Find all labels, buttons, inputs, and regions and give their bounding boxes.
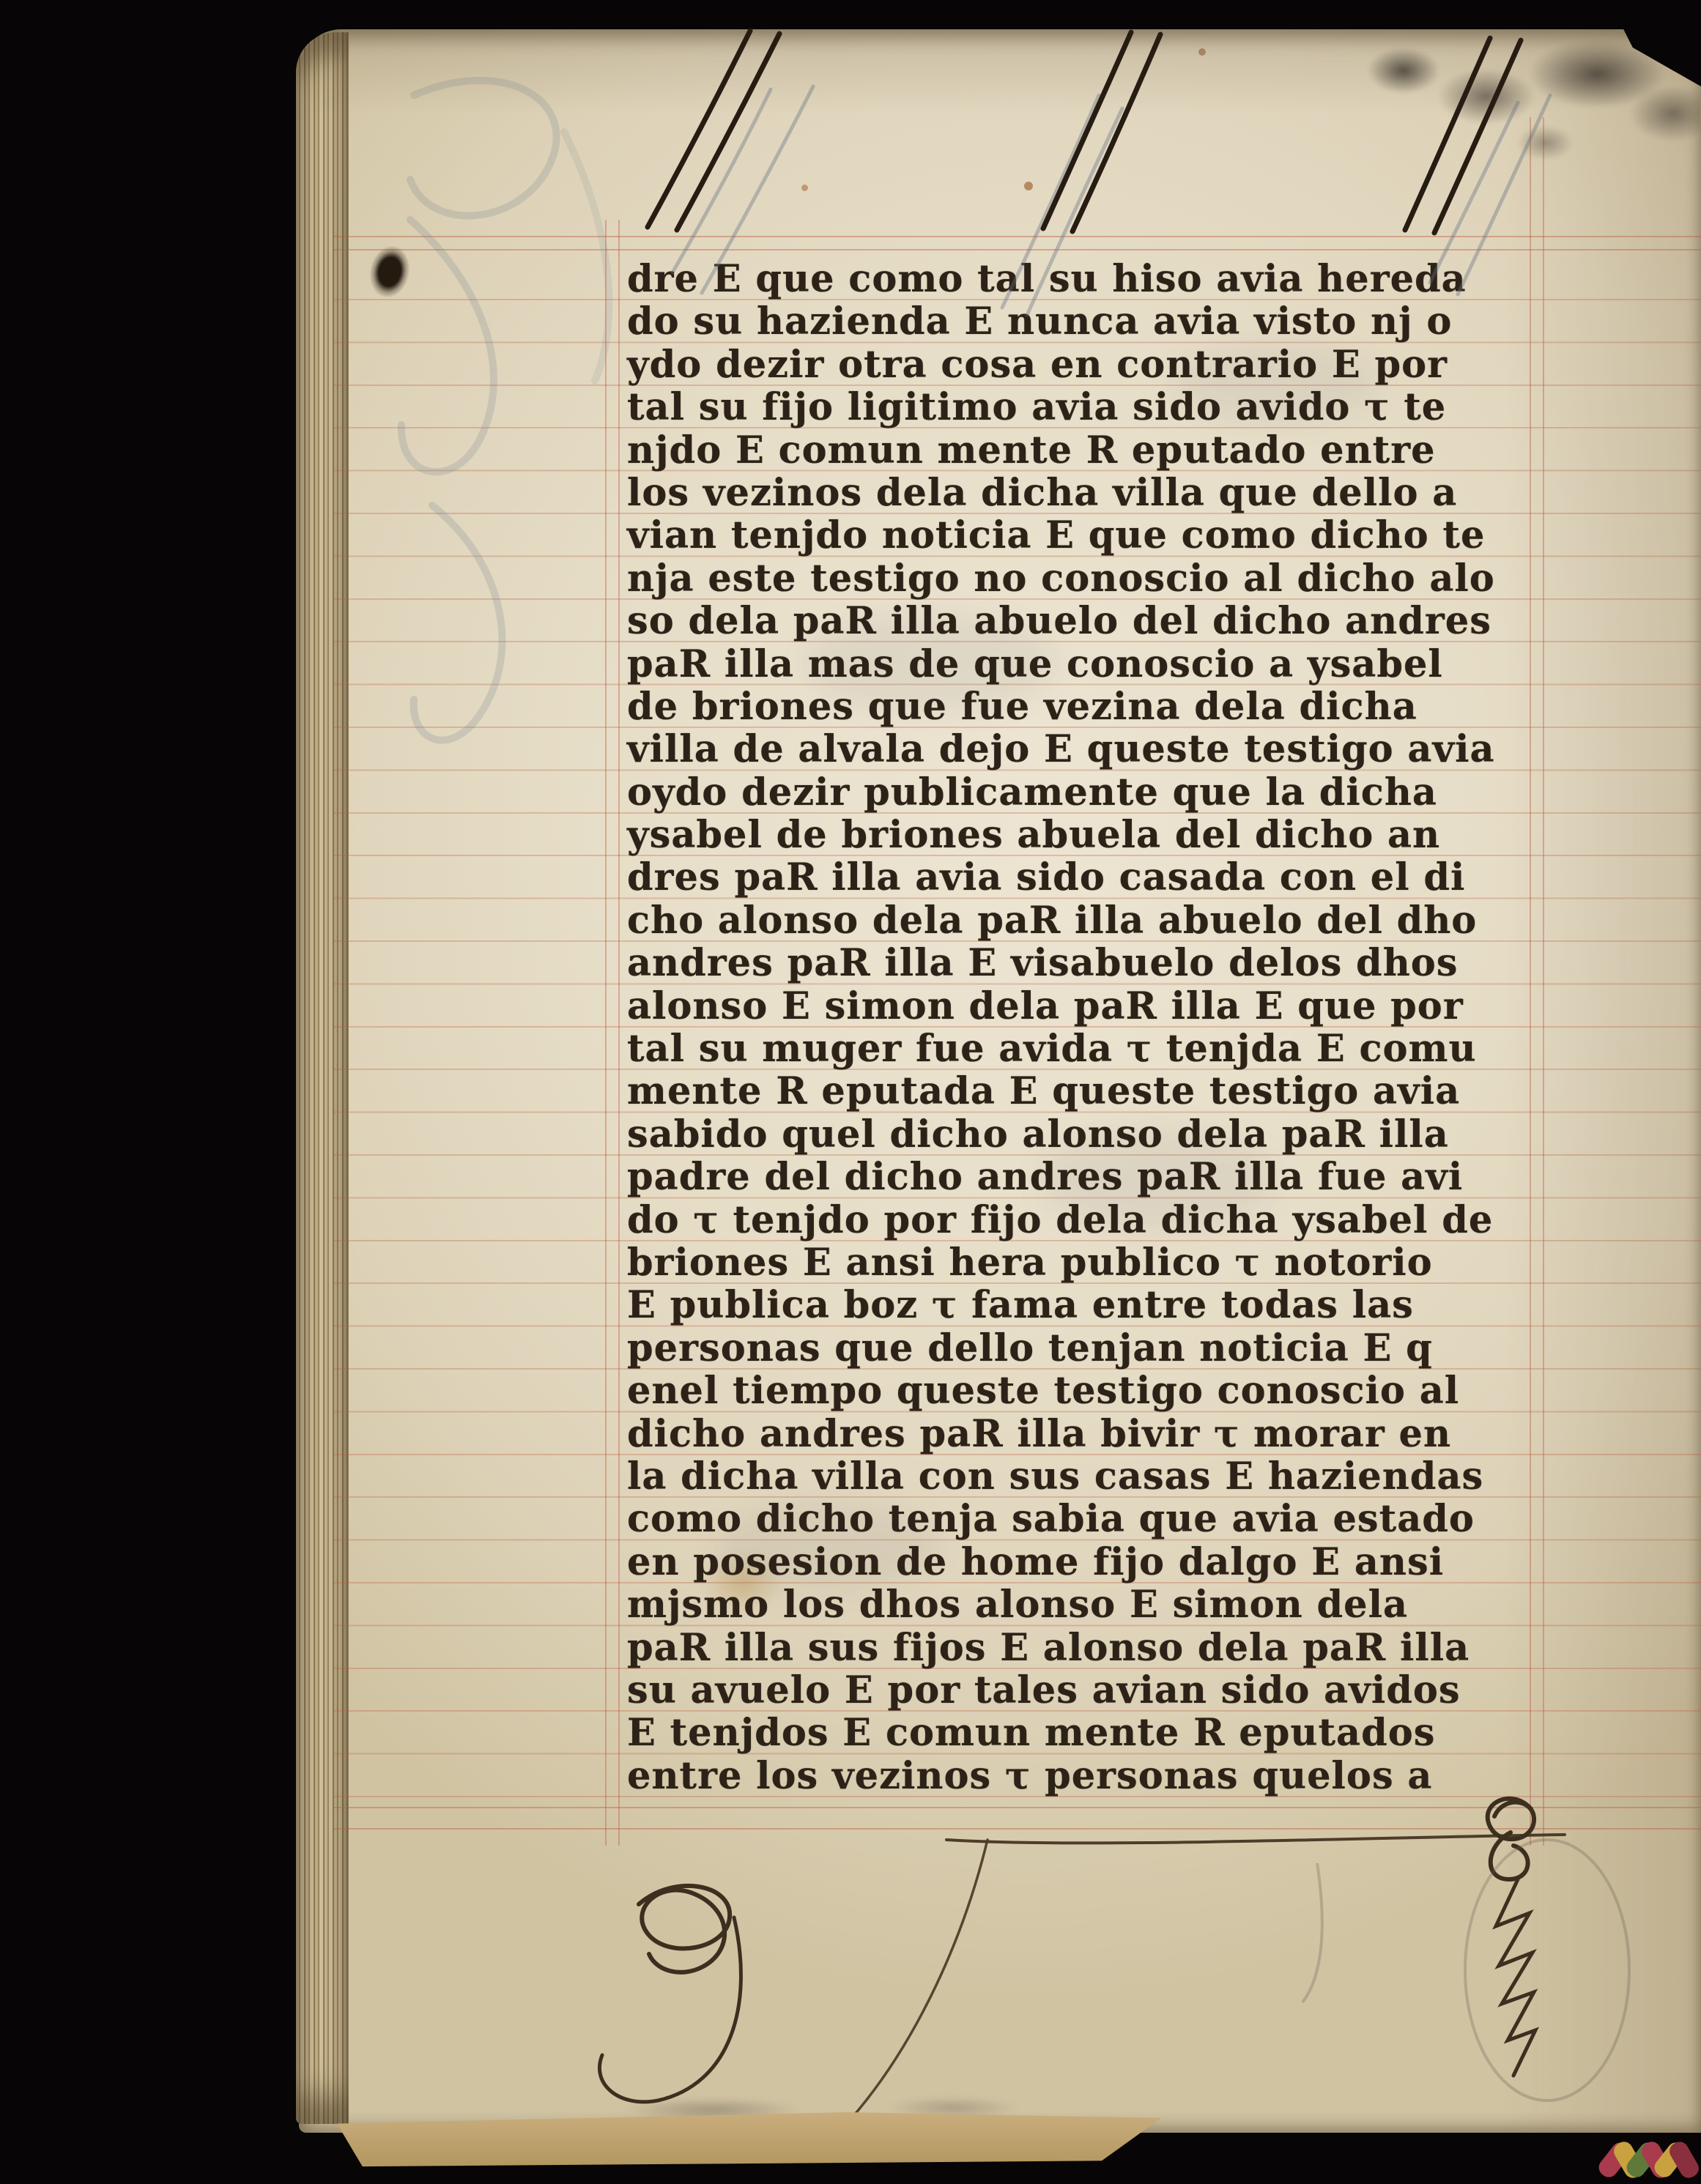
photograph-background: dre E que como tal su hiso avia hereda d… [0, 0, 1701, 2184]
horizontal-closing-stroke [946, 1835, 1565, 1843]
center-flourish-stroke [842, 1840, 987, 2128]
pencil-ghost-scribbles [401, 81, 609, 740]
left-paraph-flourish [599, 1886, 741, 2102]
right-paraph-flourish [1488, 1799, 1535, 2076]
slash-mark-pair-2 [1043, 32, 1160, 231]
ink-and-pencil-marks-layer [0, 0, 1701, 2184]
pencil-oval-trace [1465, 1840, 1629, 2101]
pencil-stroke [1302, 1863, 1322, 2002]
endband-braid [1610, 2136, 1701, 2184]
